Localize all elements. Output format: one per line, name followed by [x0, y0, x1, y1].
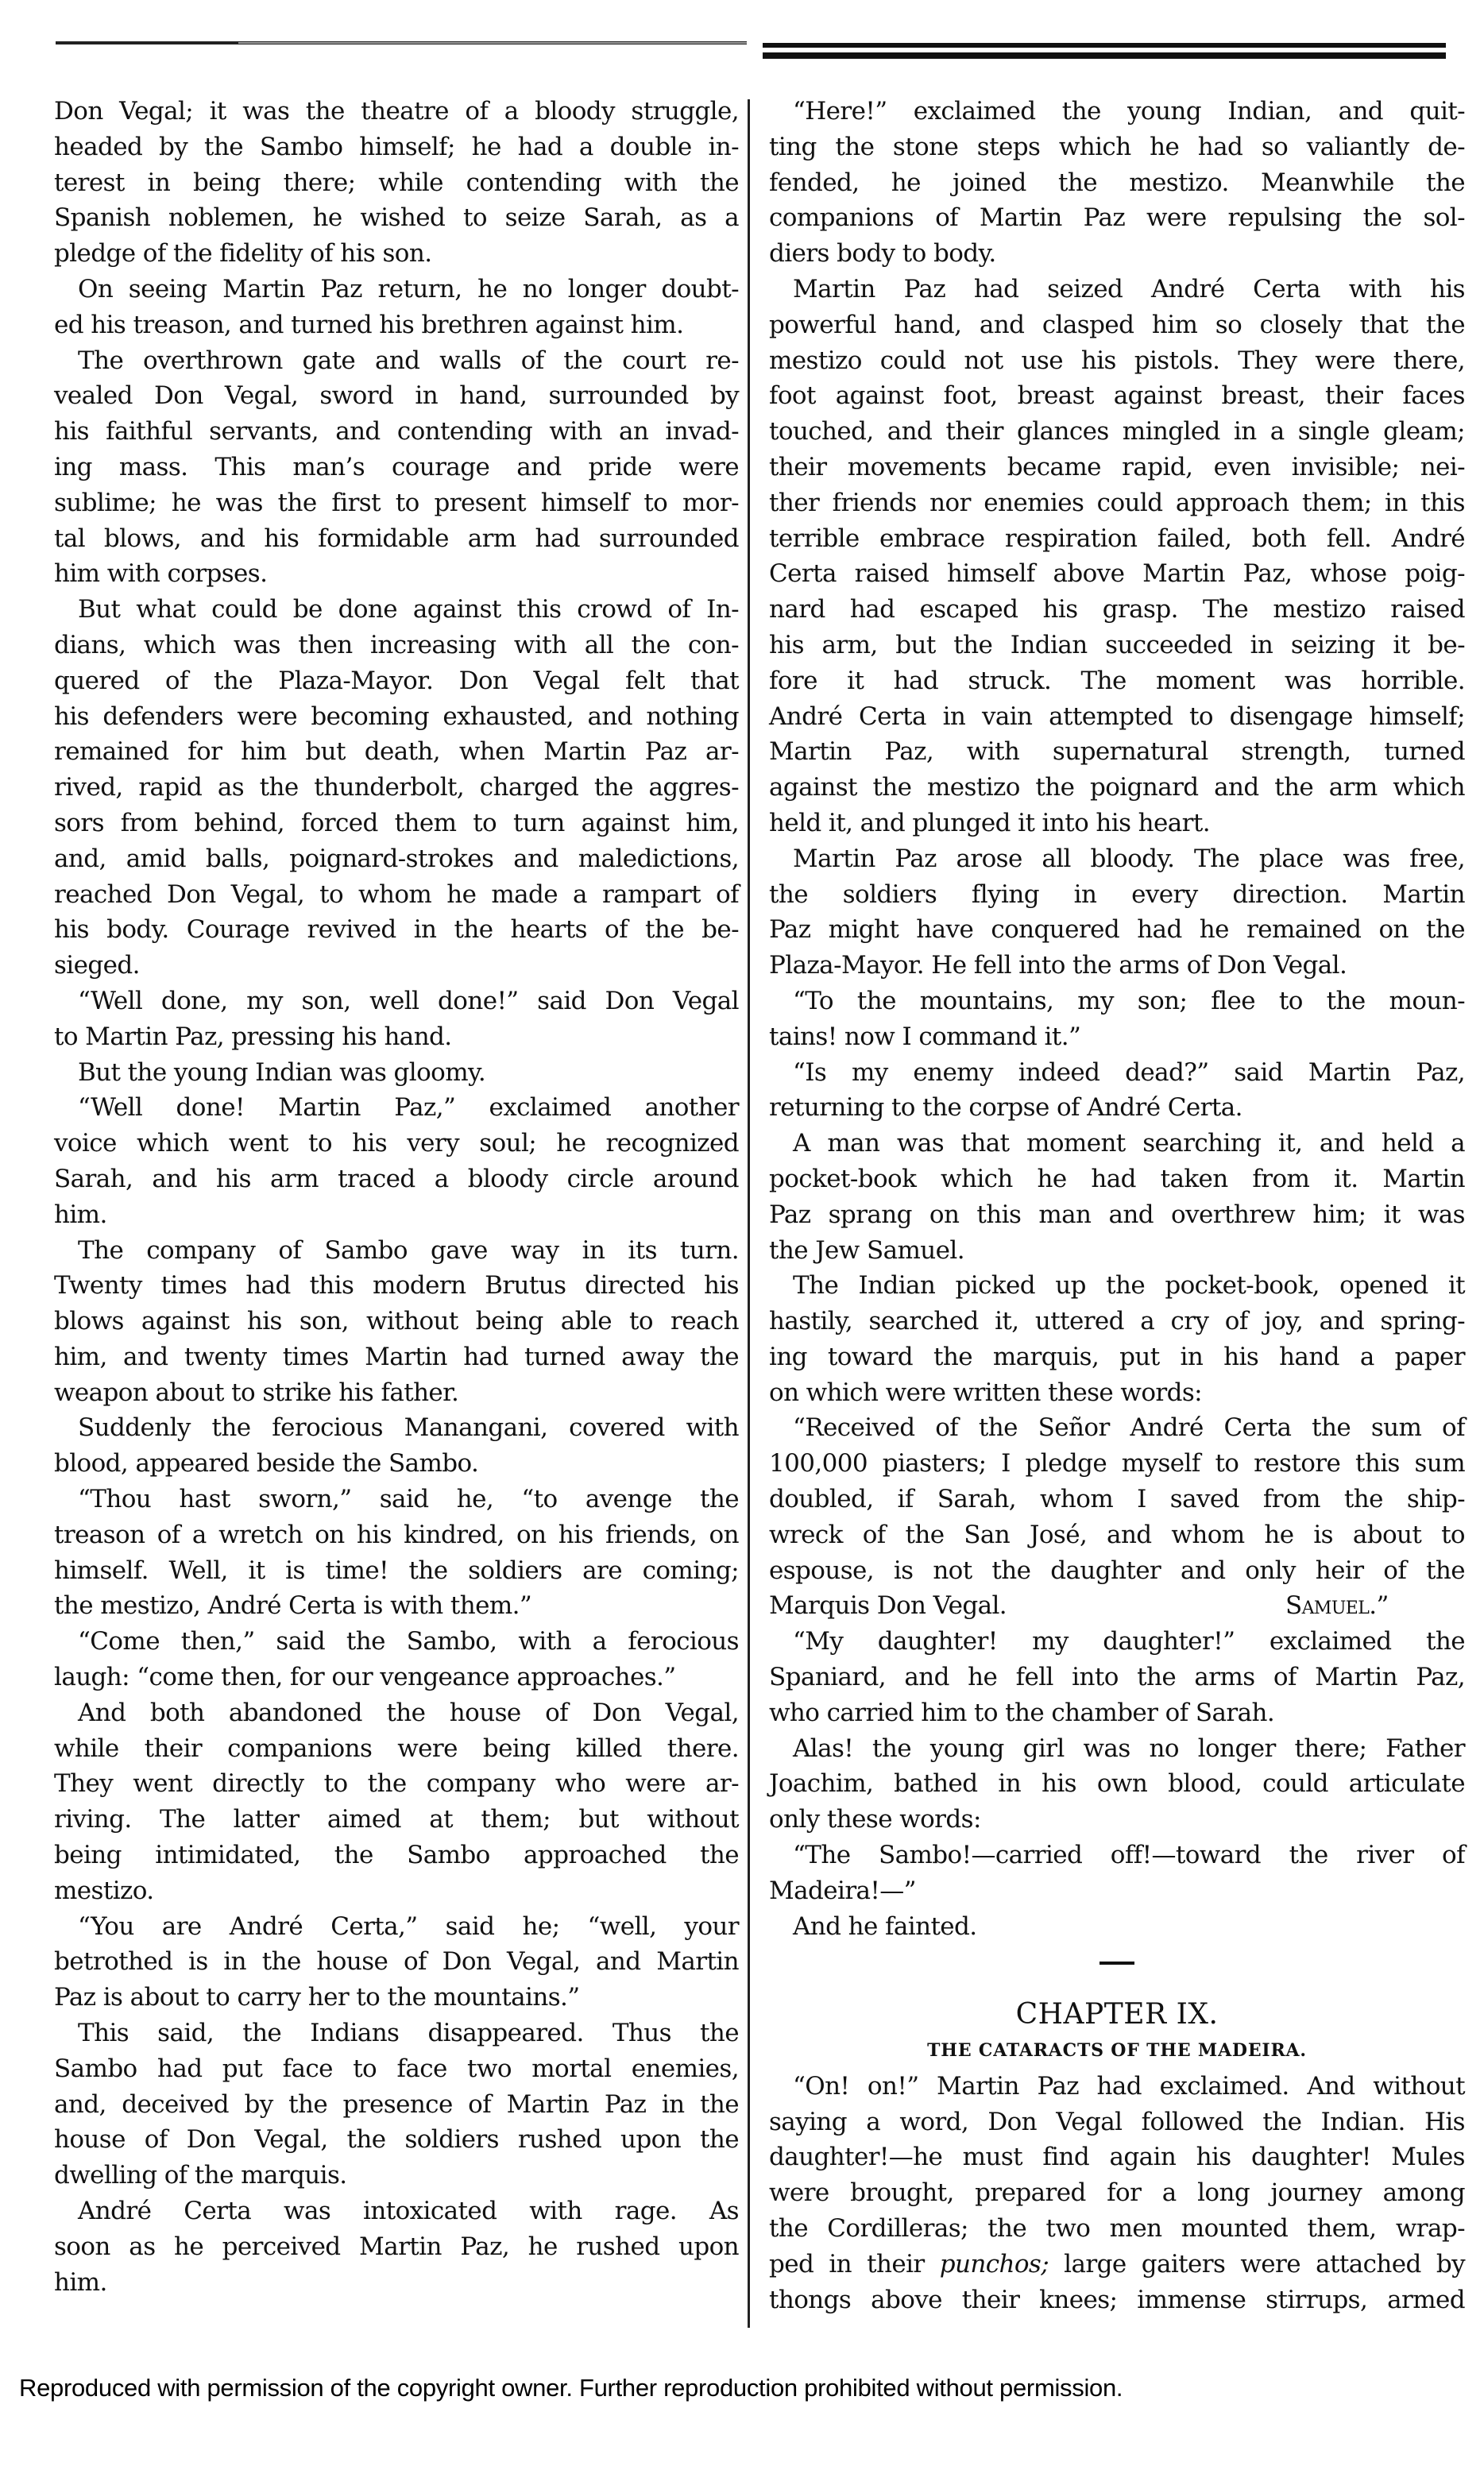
- text-line: daughter!—he must find again his daughte…: [769, 2139, 1465, 2175]
- text-line: terrible embrace respiration failed, bot…: [769, 521, 1465, 557]
- top-rule-left-wear: [238, 42, 747, 44]
- text-line: Paz is about to carry her to the mountai…: [54, 1980, 739, 2016]
- text-line: André Certa in vain attempted to disenga…: [769, 699, 1465, 735]
- text-line: house of Don Vegal, the soldiers rushed …: [54, 2122, 739, 2158]
- text-line: saying a word, Don Vegal followed the In…: [769, 2105, 1465, 2140]
- text-line: diers body to body.: [769, 236, 1465, 272]
- text-fragment: large gaiters were attached by: [1049, 2250, 1465, 2279]
- text-line: Martin Paz had seized André Certa with h…: [769, 272, 1465, 307]
- text-line: Madeira!—”: [769, 1873, 1465, 1909]
- left-column: Don Vegal; it was the theatre of a blood…: [54, 94, 739, 2300]
- italic-word: punchos;: [940, 2250, 1049, 2279]
- text-line: sublime; he was the first to present him…: [54, 485, 739, 521]
- text-line: rived, rapid as the thunderbolt, charged…: [54, 770, 739, 806]
- text-line: sieged.: [54, 948, 739, 984]
- text-line: “Is my enemy indeed dead?” said Martin P…: [769, 1055, 1465, 1091]
- text-line: betrothed is in the house of Don Vegal, …: [54, 1944, 739, 1980]
- text-line: remained for him but death, when Martin …: [54, 734, 739, 770]
- text-line: vealed Don Vegal, sword in hand, surroun…: [54, 378, 739, 414]
- text-line: against the mestizo the poignard and the…: [769, 770, 1465, 806]
- text-line: Sambo had put face to face two mortal en…: [54, 2051, 739, 2087]
- text-line: on which were written these words:: [769, 1375, 1465, 1411]
- text-line: “Well done! Martin Paz,” exclaimed anoth…: [54, 1090, 739, 1126]
- text-line: The company of Sambo gave way in its tur…: [54, 1233, 739, 1269]
- text-line: ing toward the marquis, put in his hand …: [769, 1339, 1465, 1375]
- text-line: And he fainted.: [769, 1909, 1465, 1945]
- text-line: André Certa was intoxicated with rage. A…: [54, 2194, 739, 2229]
- text-line: ther friends nor enemies could approach …: [769, 485, 1465, 521]
- text-line: Sarah, and his arm traced a bloody circl…: [54, 1161, 739, 1197]
- text-line: Paz sprang on this man and overthrew him…: [769, 1197, 1465, 1233]
- text-line: espouse, is not the daughter and only he…: [769, 1553, 1465, 1589]
- text-line: “Thou hast sworn,” said he, “to avenge t…: [54, 1482, 739, 1517]
- text-line: doubled, if Sarah, whom I saved from the…: [769, 1482, 1465, 1517]
- text-line: him.: [54, 1197, 739, 1233]
- text-line: only these words:: [769, 1802, 1465, 1838]
- text-line: held it, and plunged it into his heart.: [769, 806, 1465, 841]
- text-line: “The Sambo!—carried off!—toward the rive…: [769, 1838, 1465, 1873]
- text-line: and, deceived by the presence of Martin …: [54, 2087, 739, 2123]
- text-line: But the young Indian was gloomy.: [54, 1055, 739, 1091]
- text-line: blows against his son, without being abl…: [54, 1304, 739, 1339]
- text-line: sors from behind, forced them to turn ag…: [54, 806, 739, 841]
- text-line: their movements became rapid, even invis…: [769, 450, 1465, 485]
- text-line: mestizo.: [54, 1873, 739, 1909]
- text-line: Martin Paz arose all bloody. The place w…: [769, 841, 1465, 877]
- text-line: Spanish noblemen, he wished to seize Sar…: [54, 200, 739, 236]
- text-line: touched, and their glances mingled in a …: [769, 414, 1465, 450]
- text-line: tal blows, and his formidable arm had su…: [54, 521, 739, 557]
- text-line: dians, which was then increasing with al…: [54, 628, 739, 663]
- chapter-title: CHAPTER IX.: [769, 1997, 1465, 2033]
- text-line: Alas! the young girl was no longer there…: [769, 1731, 1465, 1767]
- text-line: riving. The latter aimed at them; but wi…: [54, 1802, 739, 1838]
- text-line: ting the stone steps which he had so val…: [769, 129, 1465, 165]
- column-divider: [748, 99, 750, 2328]
- text-line: “Received of the Señor André Certa the s…: [769, 1410, 1465, 1446]
- text-line: to Martin Paz, pressing his hand.: [54, 1019, 739, 1055]
- chapter-break-rule: [769, 1944, 1465, 1980]
- text-line: him.: [54, 2265, 739, 2301]
- text-line: foot against foot, breast against breast…: [769, 378, 1465, 414]
- receipt-signature-line: Marquis Don Vegal.Samuel.”: [769, 1588, 1465, 1624]
- receipt-signature: Samuel.”: [1285, 1588, 1389, 1624]
- text-line: “To the mountains, my son; flee to the m…: [769, 984, 1465, 1019]
- text-line: “My daughter! my daughter!” exclaimed th…: [769, 1624, 1465, 1660]
- text-line: reached Don Vegal, to whom he made a ram…: [54, 877, 739, 913]
- text-line: terest in being there; while contending …: [54, 165, 739, 201]
- text-line: the Jew Samuel.: [769, 1233, 1465, 1269]
- text-line: tains! now I command it.”: [769, 1019, 1465, 1055]
- text-line: blood, appeared beside the Sambo.: [54, 1446, 739, 1482]
- chapter-subtitle: THE CATARACTS OF THE MADEIRA.: [769, 2033, 1465, 2069]
- text-line: The overthrown gate and walls of the cou…: [54, 343, 739, 379]
- top-double-rule-lower: [763, 52, 1446, 59]
- right-column: “Here!” exclaimed the young Indian, and …: [769, 94, 1465, 2317]
- copyright-footer: Reproduced with permission of the copyri…: [0, 2374, 1484, 2402]
- text-line: And both abandoned the house of Don Vega…: [54, 1695, 739, 1731]
- text-line: pledge of the fidelity of his son.: [54, 236, 739, 272]
- text-line: “On! on!” Martin Paz had exclaimed. And …: [769, 2069, 1465, 2105]
- text-line: returning to the corpse of André Certa.: [769, 1090, 1465, 1126]
- text-line: ed his treason, and turned his brethren …: [54, 307, 739, 343]
- text-line: him with corpses.: [54, 556, 739, 592]
- text-line: ped in their punchos; large gaiters were…: [769, 2247, 1465, 2282]
- text-line: companions of Martin Paz were repulsing …: [769, 200, 1465, 236]
- text-line: “Come then,” said the Sambo, with a fero…: [54, 1624, 739, 1660]
- text-line: hastily, searched it, uttered a cry of j…: [769, 1304, 1465, 1339]
- top-double-rule-upper: [763, 43, 1446, 48]
- text-line: Certa raised himself above Martin Paz, w…: [769, 556, 1465, 592]
- text-line: On seeing Martin Paz return, he no longe…: [54, 272, 739, 307]
- text-line: 100,000 piasters; I pledge myself to res…: [769, 1446, 1465, 1482]
- text-line: were brought, prepared for a long journe…: [769, 2175, 1465, 2211]
- text-line: his body. Courage revived in the hearts …: [54, 912, 739, 948]
- text-line: soon as he perceived Martin Paz, he rush…: [54, 2229, 739, 2265]
- text-line: his arm, but the Indian succeeded in sei…: [769, 628, 1465, 663]
- text-line: weapon about to strike his father.: [54, 1375, 739, 1411]
- text-line: the Cordilleras; the two men mounted the…: [769, 2211, 1465, 2247]
- text-line: A man was that moment searching it, and …: [769, 1126, 1465, 1161]
- text-line: being intimidated, the Sambo approached …: [54, 1838, 739, 1873]
- text-line: The Indian picked up the pocket-book, op…: [769, 1268, 1465, 1304]
- text-line: mestizo could not use his pistols. They …: [769, 343, 1465, 379]
- text-line: the mestizo, André Certa is with them.”: [54, 1588, 739, 1624]
- text-line: Plaza-Mayor. He fell into the arms of Do…: [769, 948, 1465, 984]
- text-line: nard had escaped his grasp. The mestizo …: [769, 592, 1465, 628]
- receipt-closing-text: Marquis Don Vegal.: [769, 1591, 1007, 1620]
- text-line: This said, the Indians disappeared. Thus…: [54, 2016, 739, 2051]
- text-line: wreck of the San José, and whom he is ab…: [769, 1517, 1465, 1553]
- text-line: Suddenly the ferocious Manangani, covere…: [54, 1410, 739, 1446]
- text-line: fore it had struck. The moment was horri…: [769, 663, 1465, 699]
- text-line: But what could be done against this crow…: [54, 592, 739, 628]
- text-line: him, and twenty times Martin had turned …: [54, 1339, 739, 1375]
- text-line: voice which went to his very soul; he re…: [54, 1126, 739, 1161]
- text-line: his faithful servants, and contending wi…: [54, 414, 739, 450]
- text-line: Martin Paz, with supernatural strength, …: [769, 734, 1465, 770]
- text-line: fended, he joined the mestizo. Meanwhile…: [769, 165, 1465, 201]
- text-line: his defenders were becoming exhausted, a…: [54, 699, 739, 735]
- text-line: headed by the Sambo himself; he had a do…: [54, 129, 739, 165]
- text-line: Spaniard, and he fell into the arms of M…: [769, 1660, 1465, 1695]
- text-line: laugh: “come then, for our vengeance app…: [54, 1660, 739, 1695]
- text-line: himself. Well, it is time! the soldiers …: [54, 1553, 739, 1589]
- text-line: “Here!” exclaimed the young Indian, and …: [769, 94, 1465, 129]
- text-line: dwelling of the marquis.: [54, 2158, 739, 2194]
- text-line: Twenty times had this modern Brutus dire…: [54, 1268, 739, 1304]
- text-line: “You are André Certa,” said he; “well, y…: [54, 1909, 739, 1945]
- text-line: Joachim, bathed in his own blood, could …: [769, 1766, 1465, 1802]
- text-line: thongs above their knees; immense stirru…: [769, 2282, 1465, 2318]
- text-line: who carried him to the chamber of Sarah.: [769, 1695, 1465, 1731]
- text-line: powerful hand, and clasped him so closel…: [769, 307, 1465, 343]
- text-line: treason of a wretch on his kindred, on h…: [54, 1517, 739, 1553]
- text-line: They went directly to the company who we…: [54, 1766, 739, 1802]
- text-line: quered of the Plaza-Mayor. Don Vegal fel…: [54, 663, 739, 699]
- text-line: Don Vegal; it was the theatre of a blood…: [54, 94, 739, 129]
- spacer: [769, 1980, 1465, 1997]
- text-line: Paz might have conquered had he remained…: [769, 912, 1465, 948]
- text-line: the soldiers flying in every direction. …: [769, 877, 1465, 913]
- text-line: “Well done, my son, well done!” said Don…: [54, 984, 739, 1019]
- text-line: while their companions were being killed…: [54, 1731, 739, 1767]
- text-line: and, amid balls, poignard-strokes and ma…: [54, 841, 739, 877]
- text-line: ing mass. This man’s courage and pride w…: [54, 450, 739, 485]
- text-line: pocket-book which he had taken from it. …: [769, 1161, 1465, 1197]
- text-fragment: ped in their: [769, 2250, 940, 2279]
